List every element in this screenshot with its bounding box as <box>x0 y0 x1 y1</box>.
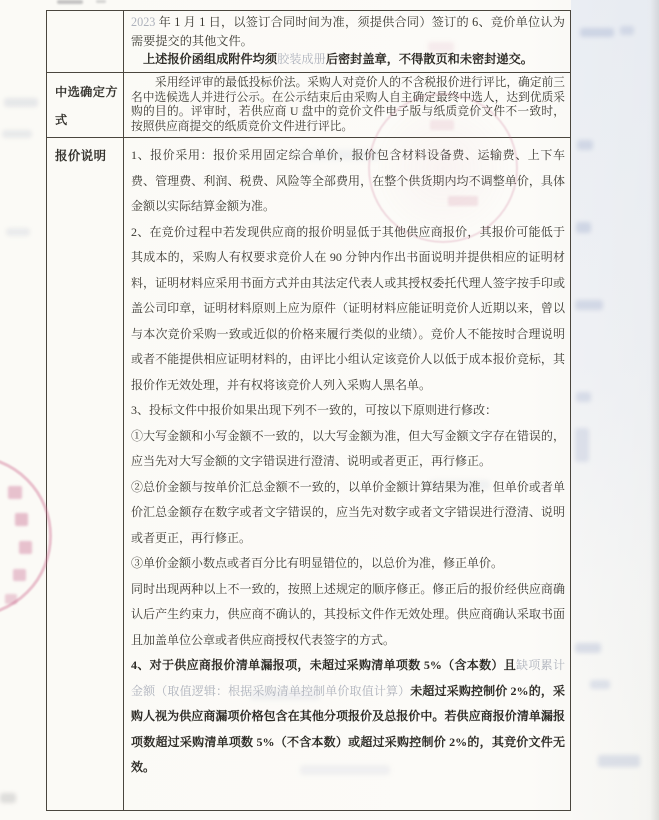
text-segment: ②总价金额与按单价汇总金额不一致的，以单价金额计算结果为准，但单价或者单价汇总金… <box>131 480 565 545</box>
table-row-attachment-requirements-continued: 2023 年 1 月 1 日，以签订合同时间为准，须提供合同）签订的 6、竞价单… <box>47 11 570 72</box>
paragraph: ①大写金额和小写金额不一致的，以大写金额为准，但大写金额文字存在错误的，应当先对… <box>131 424 565 475</box>
row-label: 中选确定方式 <box>47 73 124 137</box>
red-seal-character-mark <box>5 594 17 604</box>
row-label <box>47 11 124 72</box>
row-content: 1、报价采用：报价采用固定综合单价，报价包含材料设备费、运输费、上下车费、管理费… <box>124 138 570 810</box>
red-seal-character-mark <box>13 569 26 581</box>
paragraph: ②总价金额与按单价汇总金额不一致的，以单价金额计算结果为准，但单价或者单价汇总金… <box>131 475 565 552</box>
paragraph: 3、投标文件中报价如果出现下列不一致的，可按以下原则进行修改： <box>131 398 565 424</box>
bleedthrough-smudge <box>576 222 591 233</box>
text-segment: 1、报价采用：报价采用固定综合单价，报价包含材料设备费、运输费、上下车费、管理费… <box>131 148 565 213</box>
paragraph: 2、在竞价过程中若发现供应商的报价明显低于其他供应商报价，其报价可能低于其成本的… <box>131 220 565 399</box>
document-table: 2023 年 1 月 1 日，以签订合同时间为准，须提供合同）签订的 6、竞价单… <box>46 10 571 811</box>
bleedthrough-smudge <box>4 98 38 107</box>
page-edge-shadow <box>650 0 659 820</box>
table-row-quotation-notes: 报价说明1、报价采用：报价采用固定综合单价，报价包含材料设备费、运输费、上下车费… <box>47 137 570 810</box>
row-label: 报价说明 <box>47 138 124 810</box>
red-seal-stamp-left-partial <box>0 455 52 617</box>
text-segment: 采用经评审的最低投标价法。采购人对竞价人的不含税报价进行评比，确定前三名中选候选… <box>131 76 565 133</box>
bleedthrough-smudge <box>575 643 601 653</box>
bleedthrough-smudge <box>575 300 603 310</box>
paragraph: 1、报价采用：报价采用固定综合单价，报价包含材料设备费、运输费、上下车费、管理费… <box>131 143 565 220</box>
text-segment: 3、投标文件中报价如果出现下列不一致的，可按以下原则进行修改： <box>131 403 497 417</box>
bleedthrough-smudge <box>580 28 614 37</box>
text-segment: 年 1 月 1 日，以签订合同时间为准，须提供合同）签订的 6、竞价单位认为需要… <box>131 15 565 48</box>
text-segment: 2、在竞价过程中若发现供应商的报价明显低于其他供应商报价，其报价可能低于其成本的… <box>131 225 565 392</box>
paragraph: 采用经评审的最低投标价法。采购人对竞价人的不含税报价进行评比，确定前三名中选候选… <box>131 76 565 134</box>
bleedthrough-smudge <box>2 130 32 138</box>
text-segment: 4、对于供应商报价清单漏报项，未超过采购清单项数 5%（含本数）且 <box>131 658 516 672</box>
table-row-selection-method: 中选确定方式采用经评审的最低投标价法。采购人对竞价人的不含税报价进行评比，确定前… <box>47 72 570 137</box>
bleedthrough-smudge <box>6 228 30 236</box>
paragraph: ③单价金额小数点或者百分比有明显错位的，以总价为准，修正单价。 <box>131 551 565 577</box>
bleedthrough-smudge <box>0 793 16 803</box>
paragraph: 2023 年 1 月 1 日，以签订合同时间为准，须提供合同）签订的 6、竞价单… <box>131 13 565 50</box>
bleedthrough-smudge <box>598 755 640 767</box>
paragraph: 4、对于供应商报价清单漏报项，未超过采购清单项数 5%（含本数）且缺项累计金额（… <box>131 653 565 781</box>
paragraph: 上述报价函组成附件均须胶装成册后密封盖章，不得散页和未密封递交。 <box>131 50 565 69</box>
text-segment: 2023 <box>131 15 155 29</box>
text-segment: 上述报价函组成附件均须 <box>143 52 277 66</box>
bleedthrough-smudge <box>575 428 589 462</box>
bleedthrough-wash <box>571 0 659 812</box>
bleedthrough-smudge <box>576 392 591 402</box>
row-content: 采用经评审的最低投标价法。采购人对竞价人的不含税报价进行评比，确定前三名中选候选… <box>124 73 570 137</box>
topedge-ink-mark <box>57 0 83 4</box>
bleedthrough-smudge <box>590 680 610 689</box>
red-seal-character-mark <box>8 486 22 499</box>
scanned-page: 2023 年 1 月 1 日，以签订合同时间为准，须提供合同）签订的 6、竞价单… <box>0 0 659 820</box>
red-seal-character-mark <box>15 513 28 526</box>
text-segment: 胶装成册 <box>277 52 326 66</box>
bleedthrough-smudge <box>620 26 634 35</box>
bleedthrough-smudge <box>577 140 593 150</box>
red-seal-character-mark <box>19 541 32 554</box>
text-segment: 同时出现两种以上不一致的，按照上述规定的顺序修正。修正后的报价经供应商确认后产生… <box>131 582 565 647</box>
topedge-ink-mark <box>96 0 106 3</box>
text-segment: ③单价金额小数点或者百分比有明显错位的，以总价为准，修正单价。 <box>131 556 503 570</box>
text-segment: 后密封盖章，不得散页和未密封递交。 <box>326 52 533 66</box>
row-content: 2023 年 1 月 1 日，以签订合同时间为准，须提供合同）签订的 6、竞价单… <box>124 11 570 72</box>
paragraph: 同时出现两种以上不一致的，按照上述规定的顺序修正。修正后的报价经供应商确认后产生… <box>131 577 565 654</box>
text-segment: ①大写金额和小写金额不一致的，以大写金额为准，但大写金额文字存在错误的，应当先对… <box>131 429 565 469</box>
